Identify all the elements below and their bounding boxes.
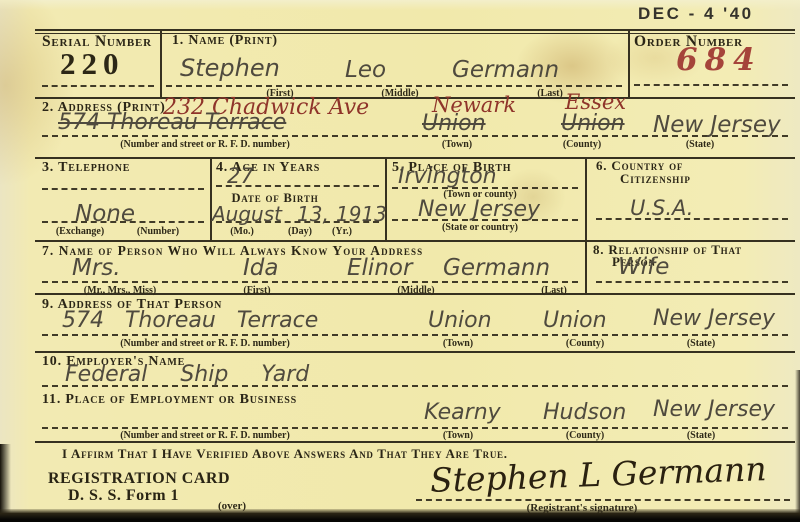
rule-row9-bottom (35, 351, 795, 353)
rule-name-order-divider (628, 29, 630, 97)
scan-edge-left (0, 444, 11, 514)
rule-name7-rel8-divider (585, 240, 587, 293)
rule-tel-age-divider (210, 157, 212, 240)
relationship-value: Wife (618, 254, 669, 280)
contact-state-sublabel: (State) (687, 338, 715, 349)
month-sublabel: (Mo.) (230, 226, 254, 237)
address-county-sublabel: (County) (563, 139, 601, 150)
age-value: 27 (227, 164, 254, 188)
dob-day-value: 13, (297, 202, 329, 226)
exchange-sublabel: (Exchange) (56, 226, 104, 237)
number-sublabel: (Number) (137, 226, 179, 237)
employment-county-sublabel: (County) (566, 430, 604, 441)
employment-county-value: Hudson (543, 400, 626, 425)
dob-month-value: August (212, 202, 282, 226)
writing-line-telephone-blank (42, 188, 204, 190)
scan-edge-bottom (0, 509, 800, 522)
contact-town-value: Union (428, 308, 492, 333)
form-number: D. S. S. Form 1 (68, 487, 179, 505)
contact-county-value: Union (543, 308, 607, 333)
address-town-old-value: Union (422, 111, 486, 136)
name-last-value: Germann (452, 57, 559, 83)
address-street-old-value: 574 Thoreau Terrace (58, 110, 286, 135)
rule-row11-bottom (35, 441, 795, 443)
employment-town-value: Kearny (424, 400, 501, 425)
rule-serial-name-divider (160, 29, 162, 97)
day-sublabel: (Day) (288, 226, 312, 237)
address-county-old-value: Union (561, 111, 625, 136)
telephone-label: 3. Telephone (42, 160, 130, 176)
employment-state-value: New Jersey (653, 397, 775, 422)
birthplace-town-value: Irvington (398, 164, 497, 189)
date-received-stamp: DEC - 4 '40 (638, 4, 754, 24)
scanned-draft-registration-card: DEC - 4 '40 Serial Number 220 1. Name (P… (0, 0, 800, 522)
contact-county-sublabel: (County) (566, 338, 604, 349)
writing-line-serial (42, 85, 154, 87)
card-title: REGISTRATION CARD (48, 470, 230, 488)
employment-street-sublabel: (Number and street or R. F. D. number) (120, 430, 290, 441)
telephone-value: None (75, 201, 135, 227)
writing-line-name (166, 85, 622, 87)
contact-street-sublabel: (Number and street or R. F. D. number) (120, 338, 290, 349)
address-state-sublabel: (State) (686, 139, 714, 150)
contact-middle-value: Elinor (347, 255, 412, 281)
contact-last-value: Germann (443, 255, 550, 281)
middle-sublabel: (Middle) (381, 88, 418, 99)
employer-value: Federal Ship Yard (65, 362, 309, 387)
writing-line-employment-place (42, 427, 788, 429)
contact-prefix-sublabel: (Mr., Mrs., Miss) (84, 285, 156, 296)
birthplace-state-value: New Jersey (418, 197, 540, 222)
contact-state-value: New Jersey (653, 306, 775, 331)
writing-line-relationship (596, 281, 788, 283)
employment-state-sublabel: (State) (687, 430, 715, 441)
address-street-sublabel: (Number and street or R. F. D. number) (120, 139, 290, 150)
writing-line-person-name (42, 281, 578, 283)
rule-top-heavy (35, 29, 795, 31)
rule-age-birth-divider (385, 157, 387, 240)
contact-last-sublabel: (Last) (541, 285, 567, 296)
contact-middle-sublabel: (Middle) (397, 285, 434, 296)
contact-first-value: Ida (243, 255, 278, 281)
rule-birth-citizen-divider (585, 157, 587, 240)
contact-town-sublabel: (Town) (443, 338, 473, 349)
citizenship-value: U.S.A. (630, 196, 693, 220)
employment-town-sublabel: (Town) (443, 430, 473, 441)
serial-number-value: 220 (60, 46, 125, 82)
contact-prefix-value: Mrs. (72, 255, 121, 281)
birthplace-state-sublabel: (State or country) (442, 222, 518, 233)
contact-street-value: 574 Thoreau Terrace (62, 308, 318, 333)
year-sublabel: (Yr.) (332, 226, 352, 237)
writing-line-signature (416, 499, 790, 501)
contact-first-sublabel: (First) (243, 285, 270, 296)
name-middle-value: Leo (345, 57, 386, 83)
scan-edge-right (795, 370, 800, 514)
address-state-value: New Jersey (653, 112, 781, 138)
order-number-value: 684 (676, 42, 762, 78)
name-label: 1. Name (Print) (172, 33, 278, 49)
name-first-value: Stephen (180, 54, 280, 82)
writing-line-order (634, 84, 788, 86)
employment-place-label: 11. Place of Employment or Business (42, 392, 297, 408)
citizenship-label-line2: Citizenship (620, 171, 691, 187)
writing-line-person-address (42, 334, 788, 336)
last-sublabel: (Last) (537, 88, 563, 99)
address-town-sublabel: (Town) (442, 139, 472, 150)
dob-year-value: 1913 (336, 202, 387, 226)
